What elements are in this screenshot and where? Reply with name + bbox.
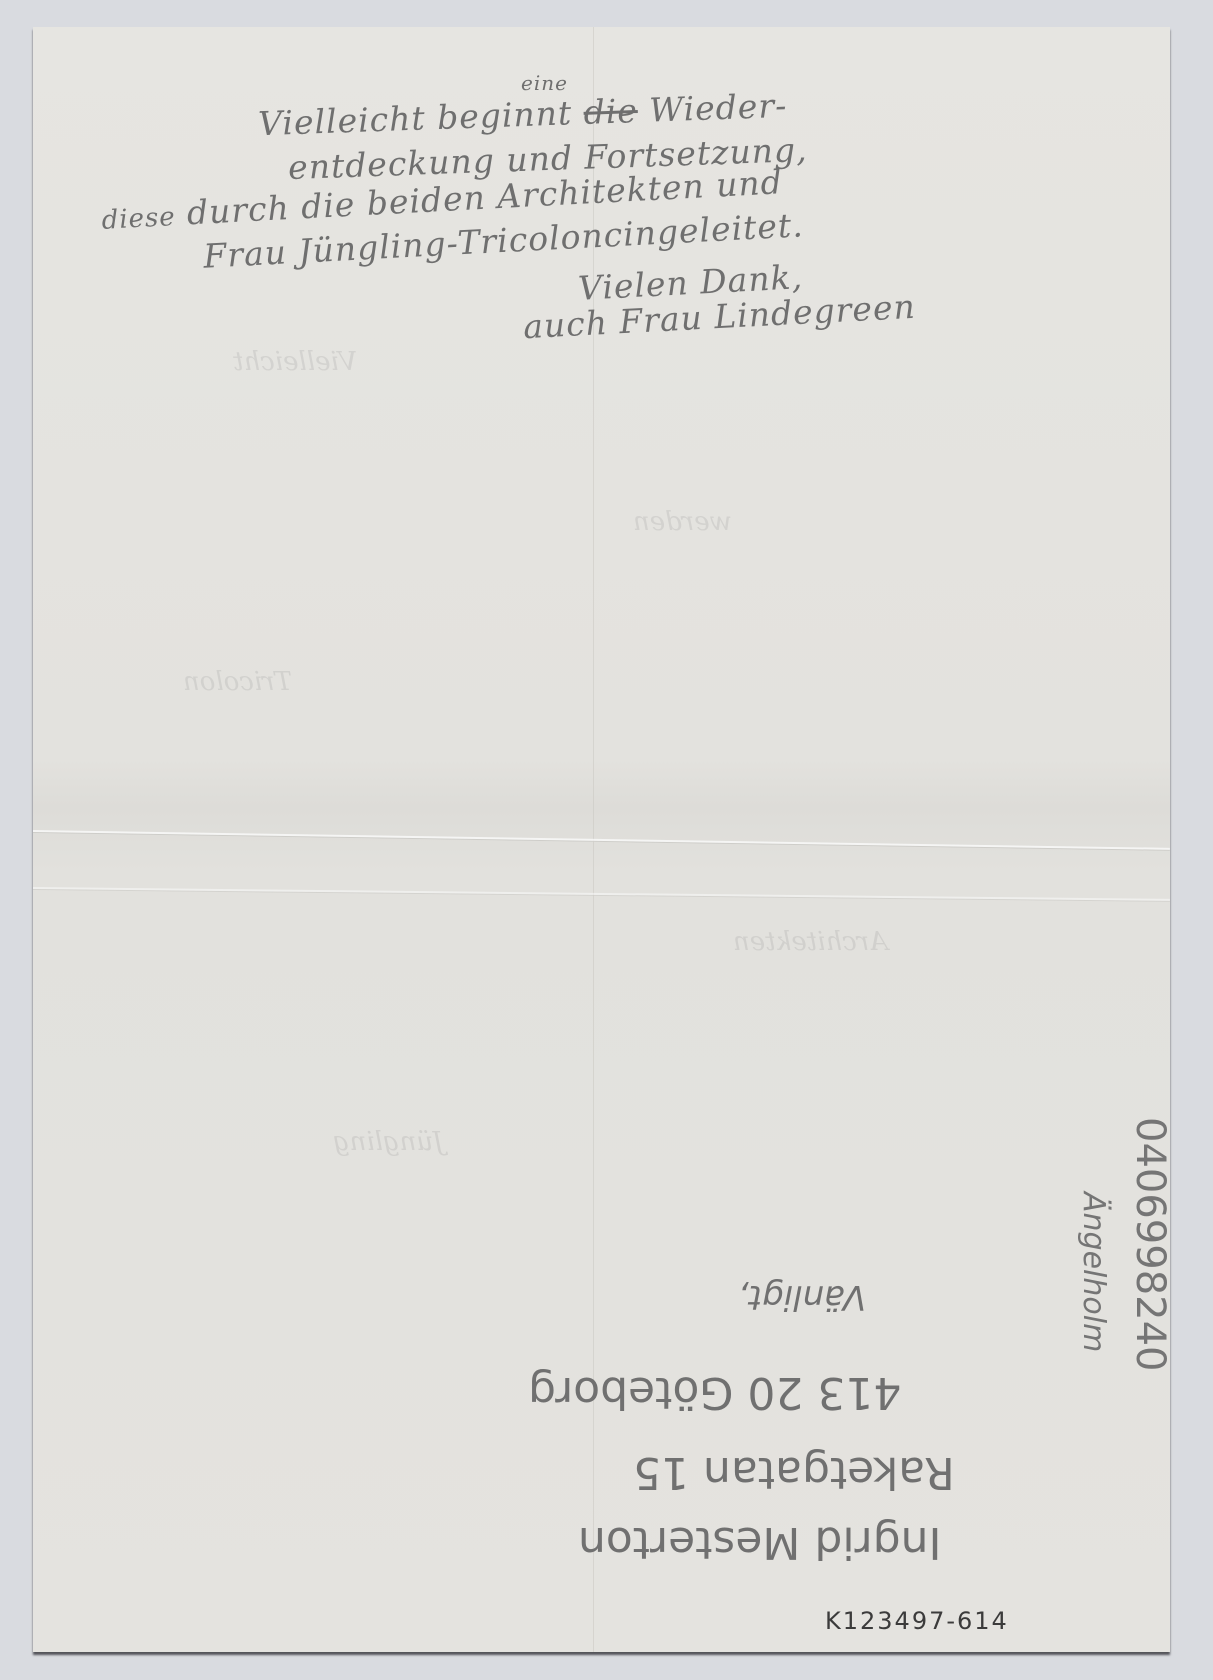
address-name: Ingrid Mesterton bbox=[578, 1517, 941, 1568]
address-city: 413 20 Göteborg bbox=[528, 1367, 901, 1418]
line1-after: Wieder- bbox=[649, 86, 788, 130]
bleed-through-text: werden bbox=[633, 507, 732, 537]
address-greeting: Vänligt, bbox=[738, 1277, 866, 1317]
rotated-number: 0406998240 bbox=[1127, 1117, 1173, 1372]
inserted-word: eine bbox=[521, 71, 568, 95]
rotated-label: Ängelholm bbox=[1076, 1192, 1111, 1352]
bleed-through-text: Jüngling bbox=[333, 1127, 444, 1157]
archive-id: K123497-614 bbox=[825, 1607, 1009, 1635]
bleed-through-text: Architekten bbox=[733, 927, 888, 957]
bleed-through-text: Vielleicht bbox=[233, 347, 357, 377]
horizontal-fold-secondary bbox=[33, 887, 1170, 902]
line1-before: Vielleicht beginnt bbox=[257, 93, 572, 143]
address-street: Raketgatan 15 bbox=[633, 1447, 955, 1498]
horizontal-fold bbox=[33, 830, 1170, 851]
letter-page: Vielleicht werden Tricolon Architekten J… bbox=[33, 27, 1170, 1652]
margin-word: diese bbox=[101, 202, 177, 236]
struck-word: die bbox=[583, 91, 639, 132]
bleed-through-text: Tricolon bbox=[183, 667, 292, 697]
